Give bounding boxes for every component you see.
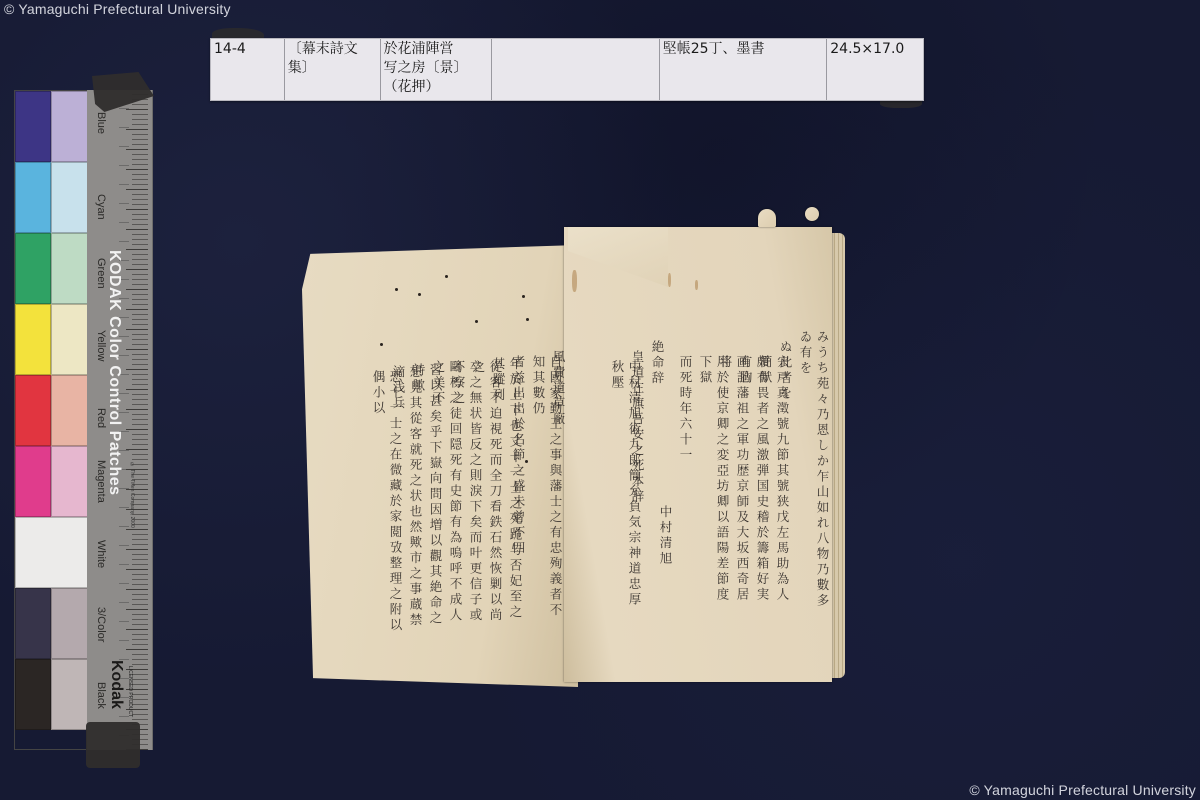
left-text-col-10: 恐十一士之在微藏於家閲攷整理之附以偶小以 <box>370 370 404 640</box>
patch-white <box>15 517 88 588</box>
patch-cyan-strong <box>15 162 51 233</box>
patch-blue-light <box>51 91 88 162</box>
right-text-col-6: 用於使京卿之変亞坊卿以語陽差節度下獄 <box>697 355 731 615</box>
right-text-col-7: 而死時年六十一 <box>677 355 694 464</box>
patch-magenta-strong <box>15 446 51 517</box>
ruler-label-3color: 3/Color <box>91 607 107 642</box>
catalog-title: 〔幕末詩文 集〕 <box>285 39 381 100</box>
right-text-signature: 中村清旭 <box>657 505 674 567</box>
patch-blue-strong <box>15 91 51 162</box>
ruler-inch-major-ticks <box>126 90 148 750</box>
ruler-label-blue: Blue <box>91 112 107 134</box>
ruler-label-black: Black <box>91 682 107 709</box>
patch-cyan-light <box>51 162 88 233</box>
catalog-size: 24.5×17.0 <box>827 39 923 100</box>
patch-3color-light <box>51 588 88 659</box>
torn-paper-fragment <box>805 207 819 221</box>
catalog-number: 14-4 <box>211 39 285 100</box>
patch-green-light <box>51 233 88 304</box>
torn-paper-fragment <box>758 209 776 227</box>
ruler-label-white: White <box>91 540 107 568</box>
patch-magenta-light <box>51 446 88 517</box>
tape-chart-bottom <box>86 722 140 768</box>
kodak-chart-title: KODAK Color Control Patches <box>105 250 123 496</box>
stain <box>695 280 698 290</box>
kodak-licensed-product: LICENSED PRODUCT <box>127 666 133 717</box>
patch-black-strong <box>15 659 51 730</box>
left-text-col-2: 自國家勤王之事與藩士之有忠殉義者不知其數仍 <box>530 355 564 625</box>
right-text-col-8: 絶命辞 <box>649 340 666 387</box>
kodak-ruler: Blue Cyan Green Yellow Red Magenta White… <box>87 90 153 750</box>
catalog-author: 於花浦陣営 写之房〔景〕 （花押） <box>381 39 493 100</box>
tiffen-copyright: © The Tiffen Company, 2000 <box>129 462 135 528</box>
copyright-watermark-top: © Yamaguchi Prefectural University <box>4 1 231 17</box>
catalog-blank <box>492 39 660 100</box>
open-manuscript-book: 風費道草廠 自國家勤王之事與藩士之有忠殉義者不知其數仍 者益出出於名節之盛未曾不… <box>300 215 860 695</box>
copyright-watermark-bottom: © Yamaguchi Prefectural University <box>969 782 1196 798</box>
worm-hole <box>418 293 421 296</box>
patch-black-light <box>51 659 88 730</box>
worm-hole <box>380 343 383 346</box>
right-text-col-10: 中村清旭術九郎簡允負気宗神道忠厚秋壓 <box>609 360 643 620</box>
patch-green-strong <box>15 233 51 304</box>
catalog-format: 堅帳25丁、墨書 <box>660 39 828 100</box>
worm-hole <box>445 275 448 278</box>
ruler-label-cyan: Cyan <box>91 194 107 220</box>
stain <box>572 270 577 292</box>
patch-red-light <box>51 375 88 446</box>
worm-hole <box>522 295 525 298</box>
worm-hole <box>395 288 398 291</box>
patch-yellow-light <box>51 304 88 375</box>
color-control-patches <box>14 90 87 750</box>
worm-hole <box>475 320 478 323</box>
worm-hole <box>526 318 529 321</box>
stain <box>668 273 671 287</box>
right-text-col-1: みうち苑々乃恩しか乍山如れ八物乃數多ゐ有を <box>797 330 831 620</box>
kodak-logo: Kodak <box>107 660 125 709</box>
catalog-label: 14-4 〔幕末詩文 集〕 於花浦陣営 写之房〔景〕 （花押） 堅帳25丁、墨書… <box>210 38 924 101</box>
patch-yellow-strong <box>15 304 51 375</box>
patch-red-strong <box>15 375 51 446</box>
patch-3color-strong <box>15 588 51 659</box>
